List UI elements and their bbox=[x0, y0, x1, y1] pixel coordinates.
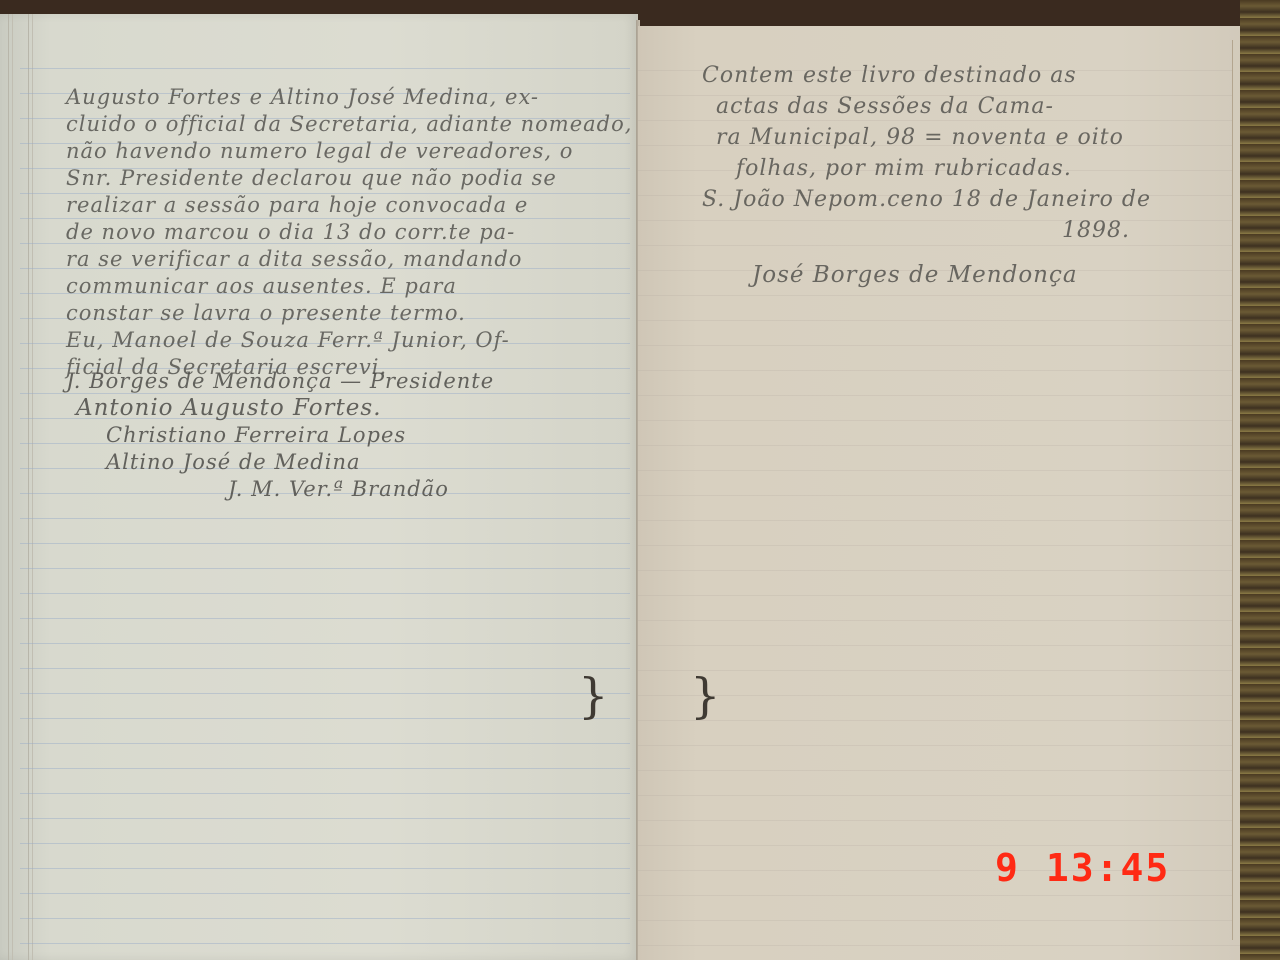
handwritten-line: constar se lavra o presente termo. bbox=[66, 300, 606, 327]
signature: Antonio Augusto Fortes. bbox=[58, 395, 578, 422]
brace-mark: } bbox=[690, 668, 721, 724]
handwritten-line: Augusto Fortes e Altino José Medina, ex- bbox=[66, 84, 606, 111]
handwritten-line: ra Municipal, 98 = noventa e oito bbox=[702, 122, 1182, 153]
signature: J. M. Ver.ª Brandão bbox=[58, 476, 578, 503]
handwritten-line: actas das Sessões da Cama- bbox=[702, 91, 1182, 122]
page-edge bbox=[8, 14, 13, 960]
handwritten-line: cluido o official da Secretaria, adiante… bbox=[66, 111, 606, 138]
signature-president: J. Borges de Mendonça — Presidente bbox=[58, 368, 578, 395]
timestamp-time: 13:45 bbox=[1046, 846, 1170, 890]
brace-mark: } bbox=[578, 668, 609, 724]
signature: Altino José de Medina bbox=[58, 449, 578, 476]
handwritten-line: Contem este livro destinado as bbox=[702, 60, 1182, 91]
handwritten-line: Snr. Presidente declarou que não podia s… bbox=[66, 165, 606, 192]
handwritten-line: não havendo numero legal de vereadores, … bbox=[66, 138, 606, 165]
handwritten-line: communicar aos ausentes. E para bbox=[66, 273, 606, 300]
handwritten-line: 1898. bbox=[702, 215, 1182, 246]
left-page-text: Augusto Fortes e Altino José Medina, ex-… bbox=[66, 84, 606, 381]
handwritten-line: folhas, por mim rubricadas. bbox=[702, 153, 1182, 184]
ledger-photo: Augusto Fortes e Altino José Medina, ex-… bbox=[0, 0, 1280, 960]
handwritten-line: Eu, Manoel de Souza Ferr.ª Junior, Of- bbox=[66, 327, 606, 354]
handwritten-line: de novo marcou o dia 13 do corr.te pa- bbox=[66, 219, 606, 246]
handwritten-line: S. João Nepom.ceno 18 de Janeiro de bbox=[702, 184, 1182, 215]
signature: Christiano Ferreira Lopes bbox=[58, 422, 578, 449]
camera-timestamp: 913:45 bbox=[995, 846, 1170, 890]
book-cover-edge bbox=[1240, 0, 1280, 960]
signature-block: J. Borges de Mendonça — Presidente Anton… bbox=[58, 368, 578, 503]
handwritten-line: realizar a sessão para hoje convocada e bbox=[66, 192, 606, 219]
signature: José Borges de Mendonça bbox=[702, 260, 1182, 291]
handwritten-line: ra se verificar a dita sessão, mandando bbox=[66, 246, 606, 273]
timestamp-day: 9 bbox=[995, 846, 1020, 890]
right-page-text: Contem este livro destinado as actas das… bbox=[702, 60, 1182, 291]
